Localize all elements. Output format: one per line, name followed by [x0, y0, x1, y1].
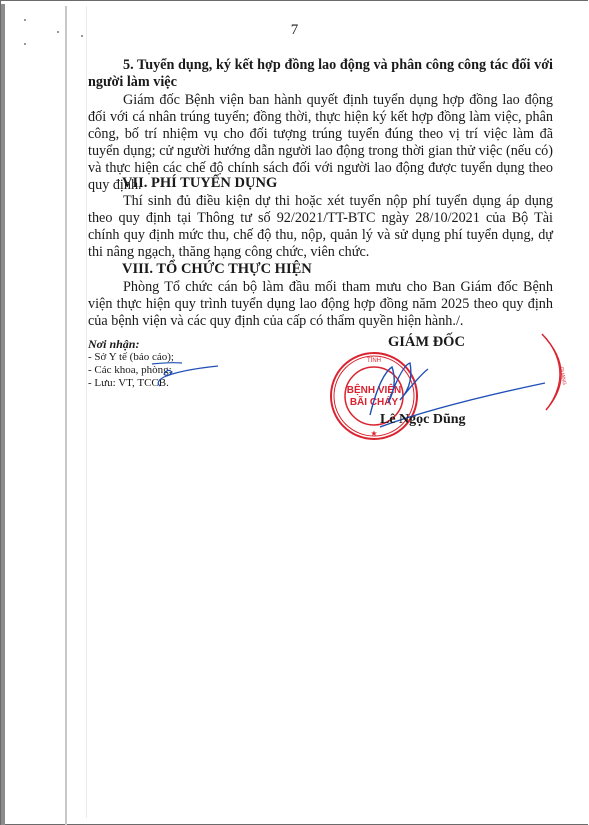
section-8-heading: VIII. TỔ CHỨC THỰC HIỆN [122, 261, 312, 278]
section-7-heading: VII. PHÍ TUYỂN DỤNG [122, 175, 277, 192]
signer-name: Lê Ngọc Dũng [380, 412, 466, 428]
margin-line [86, 6, 87, 818]
section-7-body: Thí sinh đủ điều kiện dự thi hoặc xét tu… [88, 193, 553, 261]
scan-speck [24, 19, 26, 21]
scan-speck [24, 43, 26, 45]
section-8-body: Phòng Tổ chức cán bộ làm đầu mối tham mư… [88, 279, 553, 330]
gutter-line [65, 6, 67, 825]
initials-mark [150, 360, 220, 390]
section-5-heading: 5. Tuyển dụng, ký kết hợp đồng lao động … [88, 57, 553, 91]
recipients-label: Nơi nhận: [88, 338, 174, 351]
page-number: 7 [0, 22, 589, 39]
left-scan-edge [1, 4, 5, 825]
